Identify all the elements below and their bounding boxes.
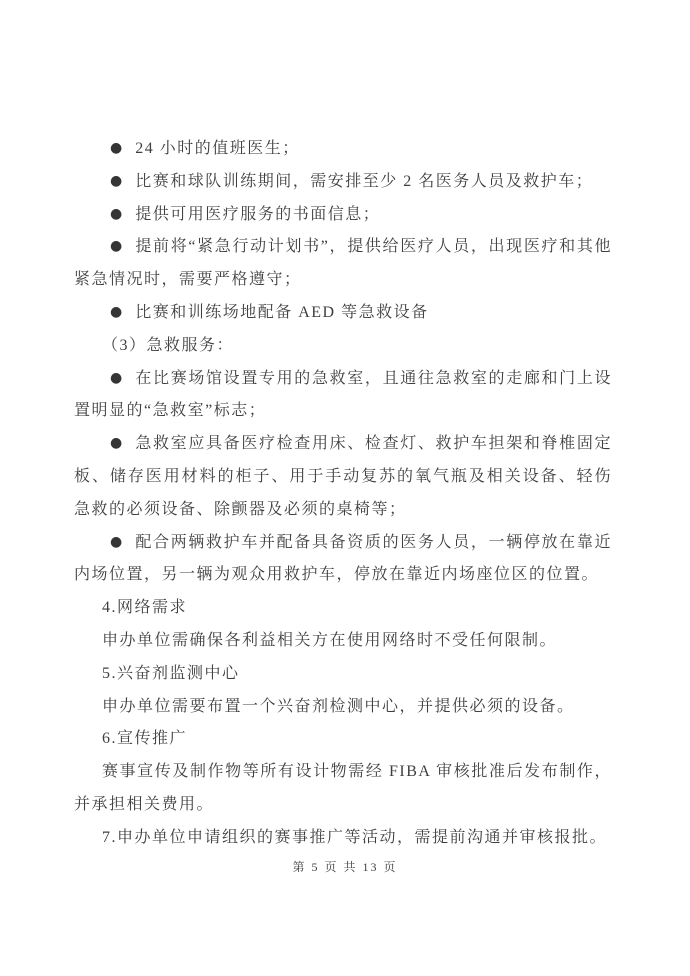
- paragraph: 赛事宣传及制作物等所有设计物需经 FIBA 审核批准后发布制作，并承担相关费用。: [74, 756, 612, 822]
- document-page: ●24 小时的值班医生；●比赛和球队训练期间，需安排至少 2 名医务人员及救护车…: [0, 0, 690, 976]
- bullet-item: ●比赛和训练场地配备 AED 等急救设备: [74, 297, 612, 330]
- bullet-item: ●提前将“紧急行动计划书”，提供给医疗人员，出现医疗和其他紧急情况时，需要严格遵…: [74, 231, 612, 297]
- bullet-icon: ●: [110, 238, 122, 254]
- bullet-icon: ●: [110, 534, 122, 550]
- bullet-item: ●比赛和球队训练期间，需安排至少 2 名医务人员及救护车；: [74, 166, 612, 199]
- paragraph: 申办单位需确保各利益相关方在使用网络时不受任何限制。: [74, 625, 612, 658]
- bullet-icon: ●: [110, 435, 122, 451]
- section-heading: 5.兴奋剂监测中心: [74, 658, 612, 691]
- section-heading: （3）急救服务：: [74, 330, 612, 363]
- section-heading: 6.宣传推广: [74, 723, 612, 756]
- bullet-item: ●提供可用医疗服务的书面信息；: [74, 199, 612, 232]
- bullet-icon: ●: [110, 140, 122, 156]
- bullet-item: ●急救室应具备医疗检查用床、检查灯、救护车担架和脊椎固定板、储存医用材料的柜子、…: [74, 428, 612, 526]
- bullet-icon: ●: [110, 173, 122, 189]
- bullet-icon: ●: [110, 206, 122, 222]
- bullet-icon: ●: [110, 370, 122, 386]
- bullet-item: ●24 小时的值班医生；: [74, 133, 612, 166]
- page-body: ●24 小时的值班医生；●比赛和球队训练期间，需安排至少 2 名医务人员及救护车…: [74, 133, 612, 855]
- paragraph: 7.申办单位申请组织的赛事推广等活动，需提前沟通并审核报批。: [74, 822, 612, 855]
- page-number-label: 第 5 页 共 13 页: [292, 860, 397, 874]
- bullet-item: ●在比赛场馆设置专用的急救室，且通往急救室的走廊和门上设置明显的“急救室”标志；: [74, 363, 612, 429]
- paragraph: 申办单位需要布置一个兴奋剂检测中心，并提供必须的设备。: [74, 691, 612, 724]
- bullet-item: ●配合两辆救护车并配备具备资质的医务人员，一辆停放在靠近内场位置，另一辆为观众用…: [74, 527, 612, 593]
- page-footer: 第 5 页 共 13 页: [0, 858, 690, 875]
- bullet-icon: ●: [110, 304, 122, 320]
- section-heading: 4.网络需求: [74, 592, 612, 625]
